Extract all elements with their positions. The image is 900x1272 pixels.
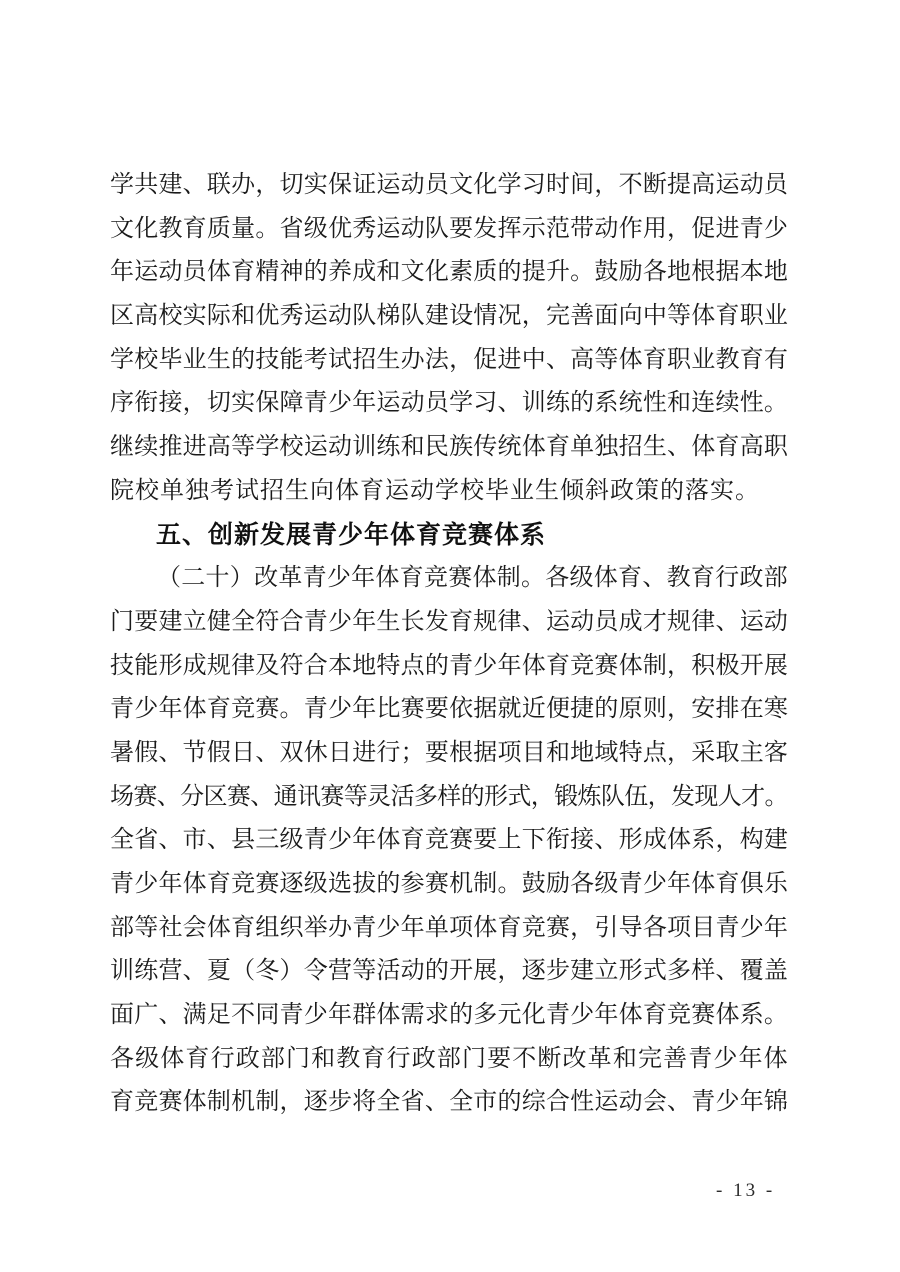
glyph: 分 — [180, 776, 203, 820]
glyph: 训 — [110, 950, 134, 994]
glyph: 的 — [594, 688, 618, 732]
glyph: 保 — [328, 164, 352, 208]
glyph: 制 — [643, 645, 667, 689]
glyph: 接 — [570, 819, 594, 863]
glyph: 示 — [522, 208, 546, 252]
glyph: 练 — [376, 426, 400, 470]
glyph: 就 — [498, 688, 522, 732]
glyph: ， — [667, 208, 691, 252]
glyph: 育 — [207, 688, 231, 732]
glyph: 乐 — [764, 863, 788, 907]
glyph: 展 — [473, 950, 497, 994]
glyph: 有 — [764, 339, 788, 383]
glyph: 范 — [546, 208, 570, 252]
glyph: 门 — [462, 1038, 486, 1082]
glyph: 校 — [134, 339, 158, 383]
glyph: 点 — [643, 732, 667, 776]
glyph: 竞 — [425, 819, 449, 863]
glyph: 机 — [449, 863, 473, 907]
glyph: 法 — [425, 339, 449, 383]
glyph: 励 — [619, 251, 643, 295]
glyph: 招 — [619, 426, 643, 470]
glyph: 讯 — [297, 776, 320, 820]
glyph: 目 — [522, 732, 546, 776]
glyph: 学 — [449, 382, 473, 426]
glyph: 育 — [546, 645, 570, 689]
glyph: 取 — [715, 732, 739, 776]
glyph: 统 — [498, 426, 522, 470]
glyph: 、 — [207, 819, 231, 863]
glyph: 质 — [207, 208, 231, 252]
glyph: 独 — [594, 426, 618, 470]
glyph: 要 — [487, 1038, 511, 1082]
glyph: 养 — [328, 251, 352, 295]
glyph: 赛 — [227, 776, 250, 820]
glyph: 构 — [740, 819, 764, 863]
glyph: 善 — [663, 1038, 687, 1082]
glyph: 依 — [449, 688, 473, 732]
glyph: 本 — [328, 645, 352, 689]
glyph: 育 — [401, 819, 425, 863]
glyph: 体 — [619, 994, 643, 1038]
glyph: 学 — [110, 164, 134, 208]
text-line: 青少年体育竞赛。青少年比赛要依据就近便捷的原则，安排在寒 — [110, 688, 788, 732]
glyph: 二 — [181, 557, 205, 601]
glyph: 体 — [594, 557, 618, 601]
glyph: 拔 — [352, 863, 376, 907]
glyph: 共 — [134, 164, 158, 208]
glyph: 体 — [667, 819, 691, 863]
glyph: 继 — [110, 426, 134, 470]
glyph: 职 — [764, 426, 788, 470]
glyph: 连 — [691, 382, 715, 426]
glyph: 生 — [207, 339, 231, 383]
glyph: 、 — [425, 1081, 449, 1125]
glyph: 实 — [304, 164, 328, 208]
glyph: 的 — [498, 1081, 522, 1125]
glyph: 年 — [352, 601, 376, 645]
glyph: 合 — [304, 645, 328, 689]
glyph: （ — [157, 557, 181, 601]
glyph: 各 — [545, 557, 569, 601]
glyph: 、 — [498, 382, 522, 426]
glyph: 间 — [570, 164, 594, 208]
glyph: 据 — [473, 688, 497, 732]
glyph: 青 — [304, 601, 328, 645]
glyph: 业 — [691, 339, 715, 383]
glyph: 逐 — [280, 863, 304, 907]
glyph: 赛 — [691, 994, 715, 1038]
glyph: 体 — [376, 994, 400, 1038]
glyph: 少 — [376, 907, 400, 951]
glyph: 育 — [185, 1038, 209, 1082]
glyph: ， — [522, 295, 546, 339]
glyph: 发 — [671, 776, 694, 820]
glyph: 。 — [764, 382, 788, 426]
glyph: 形 — [619, 950, 643, 994]
glyph: 年 — [352, 819, 376, 863]
glyph: 办 — [231, 164, 255, 208]
glyph: 员 — [425, 382, 449, 426]
glyph: 运 — [715, 164, 739, 208]
glyph: 场 — [110, 776, 133, 820]
glyph: 单 — [570, 426, 594, 470]
glyph: 根 — [691, 251, 715, 295]
glyph: 、 — [546, 339, 570, 383]
glyph: 民 — [425, 426, 449, 470]
glyph: ， — [255, 164, 279, 208]
glyph: 育 — [715, 863, 739, 907]
glyph: ， — [667, 645, 691, 689]
glyph: 族 — [449, 426, 473, 470]
glyph: 员 — [425, 164, 449, 208]
glyph: 保 — [255, 382, 279, 426]
glyph: 政 — [739, 557, 763, 601]
glyph: 多 — [473, 994, 497, 1038]
glyph: ， — [280, 1081, 304, 1125]
text-line: 育竞赛体制机制，逐步将全省、全市的综合性运动会、青少年锦 — [110, 1081, 788, 1125]
glyph: 推 — [158, 426, 182, 470]
glyph: 活 — [376, 950, 400, 994]
glyph: 考 — [304, 339, 328, 383]
glyph: 符 — [255, 601, 279, 645]
glyph: 教 — [667, 557, 691, 601]
glyph: 政 — [412, 1038, 436, 1082]
glyph: ， — [594, 164, 618, 208]
glyph: 业 — [764, 295, 788, 339]
glyph: 体 — [764, 1038, 788, 1082]
glyph: 才 — [741, 776, 764, 820]
glyph: 系 — [594, 382, 618, 426]
glyph: 促 — [473, 339, 497, 383]
glyph: 比 — [376, 688, 400, 732]
glyph: 县 — [231, 819, 255, 863]
glyph: 神 — [280, 251, 304, 295]
glyph: 升 — [546, 251, 570, 295]
glyph: 政 — [236, 1038, 260, 1082]
text-line: 序衔接，切实保障青少年运动员学习、训练的系统性和连续性。 — [110, 382, 788, 426]
glyph: 成 — [352, 251, 376, 295]
text-line: 青少年体育竞赛逐级选拔的参赛机制。鼓励各级青少年体育俱乐 — [110, 863, 788, 907]
glyph: 级 — [594, 863, 618, 907]
glyph: 律 — [691, 601, 715, 645]
glyph: 队 — [425, 208, 449, 252]
glyph: 地 — [352, 645, 376, 689]
glyph: 体 — [619, 339, 643, 383]
glyph: 部 — [261, 1038, 285, 1082]
glyph: 节 — [183, 732, 207, 776]
glyph: 假 — [134, 732, 158, 776]
glyph: 竞 — [667, 994, 691, 1038]
glyph: 、 — [715, 601, 739, 645]
glyph: 质 — [473, 251, 497, 295]
glyph: 年 — [401, 907, 425, 951]
glyph: 、 — [158, 732, 182, 776]
glyph: 动 — [401, 382, 425, 426]
glyph: 部 — [110, 907, 134, 951]
glyph: 青 — [688, 1038, 712, 1082]
glyph: 等 — [594, 339, 618, 383]
glyph: 各 — [110, 1038, 134, 1082]
glyph: 年 — [667, 863, 691, 907]
glyph: 规 — [667, 601, 691, 645]
glyph: 少 — [134, 863, 158, 907]
glyph: 开 — [740, 645, 764, 689]
glyph: 原 — [619, 688, 643, 732]
glyph: 校 — [280, 426, 304, 470]
glyph: 育 — [618, 557, 642, 601]
glyph: 需 — [401, 994, 425, 1038]
glyph: 青 — [449, 645, 473, 689]
glyph: 育 — [231, 251, 255, 295]
glyph: 育 — [740, 339, 764, 383]
glyph: 能 — [134, 645, 158, 689]
glyph: 少 — [713, 1038, 737, 1082]
glyph: 挥 — [498, 208, 522, 252]
glyph: 学 — [498, 164, 522, 208]
glyph: 善 — [570, 295, 594, 339]
glyph: 赛 — [401, 688, 425, 732]
glyph: 作 — [619, 208, 643, 252]
glyph: 体 — [691, 295, 715, 339]
glyph: 性 — [570, 1081, 594, 1125]
glyph: ） — [230, 557, 254, 601]
page-number: - 13 - — [716, 1180, 775, 1202]
glyph: 在 — [740, 688, 764, 732]
glyph: 假 — [207, 732, 231, 776]
glyph: 的 — [304, 251, 328, 295]
glyph: 竞 — [522, 907, 546, 951]
glyph: 实 — [231, 382, 255, 426]
glyph: 技 — [110, 645, 134, 689]
glyph: 制 — [497, 557, 521, 601]
glyph: 引 — [594, 907, 618, 951]
glyph: 育 — [691, 557, 715, 601]
glyph: 。 — [764, 994, 788, 1038]
glyph: 完 — [546, 295, 570, 339]
glyph: 青 — [546, 994, 570, 1038]
glyph: 机 — [231, 1081, 255, 1125]
glyph: 年 — [158, 688, 182, 732]
glyph: 学 — [255, 426, 279, 470]
glyph: 切 — [207, 382, 231, 426]
text-line: 继续推进高等学校运动训练和民族传统体育单独招生、体育高职 — [110, 426, 788, 470]
glyph: 行 — [387, 1038, 411, 1082]
glyph: 各 — [570, 863, 594, 907]
glyph: 展 — [764, 645, 788, 689]
glyph: 励 — [546, 863, 570, 907]
glyph: 衔 — [546, 819, 570, 863]
glyph: 、 — [250, 776, 273, 820]
glyph: 少 — [327, 557, 351, 601]
glyph: 运 — [594, 1081, 618, 1125]
glyph: 青 — [303, 557, 327, 601]
glyph: 接 — [158, 382, 182, 426]
glyph: 的 — [570, 382, 594, 426]
glyph: ， — [531, 776, 554, 820]
glyph: 素 — [449, 251, 473, 295]
glyph: 赛 — [320, 776, 343, 820]
glyph: ） — [280, 950, 304, 994]
glyph: 促 — [691, 208, 715, 252]
glyph: 建 — [764, 819, 788, 863]
glyph: 三 — [255, 819, 279, 863]
glyph: 选 — [328, 863, 352, 907]
glyph: 育 — [231, 907, 255, 951]
glyph: 十 — [206, 557, 230, 601]
glyph: 运 — [376, 382, 400, 426]
glyph: 。 — [255, 208, 279, 252]
glyph: 育 — [361, 1038, 385, 1082]
glyph: 地 — [570, 732, 594, 776]
glyph: 联 — [207, 164, 231, 208]
glyph: 赛 — [594, 645, 618, 689]
glyph: 据 — [473, 732, 497, 776]
glyph: 高 — [134, 295, 158, 339]
glyph: 运 — [134, 251, 158, 295]
glyph: 化 — [473, 164, 497, 208]
glyph: ， — [667, 732, 691, 776]
glyph: 举 — [304, 907, 328, 951]
glyph: 建 — [425, 295, 449, 339]
glyph: 。 — [521, 557, 545, 601]
section-heading: 五、创新发展青少年体育竞赛体系 — [110, 514, 788, 558]
glyph: 建 — [158, 601, 182, 645]
glyph: 样 — [437, 776, 460, 820]
glyph: 面 — [110, 994, 134, 1038]
glyph: 的 — [425, 645, 449, 689]
glyph: 教 — [715, 339, 739, 383]
glyph: 项 — [449, 907, 473, 951]
text-line: 学共建、联办，切实保证运动员文化学习时间，不断提高运动员 — [110, 164, 788, 208]
glyph: 运 — [304, 295, 328, 339]
glyph: 少 — [328, 601, 352, 645]
glyph: 、 — [642, 557, 666, 601]
glyph: 伍 — [624, 776, 647, 820]
glyph: 情 — [473, 295, 497, 339]
glyph: 要 — [425, 688, 449, 732]
glyph: 式 — [643, 950, 667, 994]
glyph: 办 — [401, 339, 425, 383]
glyph: 竞 — [424, 557, 448, 601]
glyph: 育 — [207, 863, 231, 907]
glyph: 锻 — [554, 776, 577, 820]
glyph: 步 — [328, 1081, 352, 1125]
glyph: 育 — [110, 1081, 134, 1125]
glyph: 足 — [207, 994, 231, 1038]
glyph: 统 — [619, 382, 643, 426]
glyph: 同 — [255, 994, 279, 1038]
glyph: 动 — [570, 601, 594, 645]
glyph: 极 — [715, 645, 739, 689]
glyph: 体 — [160, 1038, 184, 1082]
glyph: 逐 — [304, 1081, 328, 1125]
glyph: 赛 — [158, 1081, 182, 1125]
glyph: 成 — [619, 601, 643, 645]
glyph: 社 — [158, 907, 182, 951]
glyph: 长 — [401, 601, 425, 645]
glyph: 育 — [546, 426, 570, 470]
glyph: （ — [231, 950, 255, 994]
glyph: 双 — [280, 732, 304, 776]
glyph: 点 — [401, 645, 425, 689]
glyph: 地 — [667, 251, 691, 295]
glyph: 训 — [352, 426, 376, 470]
glyph: 和 — [231, 295, 255, 339]
glyph: 少 — [328, 688, 352, 732]
glyph: 少 — [134, 688, 158, 732]
glyph: 传 — [473, 426, 497, 470]
glyph: 、 — [594, 819, 618, 863]
glyph: 各 — [643, 251, 667, 295]
glyph: ， — [667, 688, 691, 732]
glyph: 少 — [328, 382, 352, 426]
glyph: 便 — [546, 688, 570, 732]
glyph: 全 — [110, 819, 134, 863]
glyph: 的 — [376, 863, 400, 907]
glyph: 参 — [401, 863, 425, 907]
glyph: 、 — [157, 776, 180, 820]
glyph: 向 — [619, 295, 643, 339]
glyph: 带 — [570, 208, 594, 252]
glyph: 活 — [391, 776, 414, 820]
glyph: 根 — [449, 732, 473, 776]
glyph: 育 — [498, 907, 522, 951]
glyph: 办 — [328, 907, 352, 951]
glyph: 高 — [740, 426, 764, 470]
glyph: 地 — [764, 251, 788, 295]
glyph: 况 — [498, 295, 522, 339]
glyph: 年 — [352, 688, 376, 732]
glyph: 体 — [691, 863, 715, 907]
glyph: 面 — [594, 295, 618, 339]
glyph: 安 — [691, 688, 715, 732]
glyph: 现 — [694, 776, 717, 820]
glyph: 、 — [667, 1081, 691, 1125]
text-line: 区高校实际和优秀运动队梯队建设情况，完善面向中等体育职业 — [110, 295, 788, 339]
glyph: 符 — [280, 645, 304, 689]
text-block: 学共建、联办，切实保证运动员文化学习时间，不断提高运动员文化教育质量。省级优秀运… — [110, 164, 788, 1125]
glyph: 竞 — [231, 688, 255, 732]
glyph: 能 — [280, 339, 304, 383]
glyph: 制 — [207, 1081, 231, 1125]
glyph: 群 — [352, 994, 376, 1038]
glyph: 级 — [135, 1038, 159, 1082]
glyph: 等 — [134, 907, 158, 951]
glyph: 育 — [643, 994, 667, 1038]
glyph: 赛 — [448, 557, 472, 601]
glyph: 毕 — [158, 339, 182, 383]
glyph: 少 — [740, 907, 764, 951]
glyph: 体 — [207, 907, 231, 951]
glyph: 年 — [739, 1038, 763, 1082]
glyph: 习 — [473, 382, 497, 426]
glyph: 文 — [401, 251, 425, 295]
text-line: 部等社会体育组织举办青少年单项体育竞赛，引导各项目青少年 — [110, 907, 788, 951]
glyph: 练 — [134, 950, 158, 994]
glyph: 优 — [255, 295, 279, 339]
glyph: 项 — [498, 732, 522, 776]
glyph: 体 — [183, 863, 207, 907]
glyph: 和 — [401, 426, 425, 470]
glyph: 人 — [718, 776, 741, 820]
text-line: 训练营、夏（冬）令营等活动的开展，逐步建立形式多样、覆盖 — [110, 950, 788, 994]
glyph: 的 — [461, 776, 484, 820]
glyph: 动 — [328, 426, 352, 470]
glyph: 性 — [643, 382, 667, 426]
glyph: 竞 — [231, 863, 255, 907]
glyph: 、 — [715, 950, 739, 994]
